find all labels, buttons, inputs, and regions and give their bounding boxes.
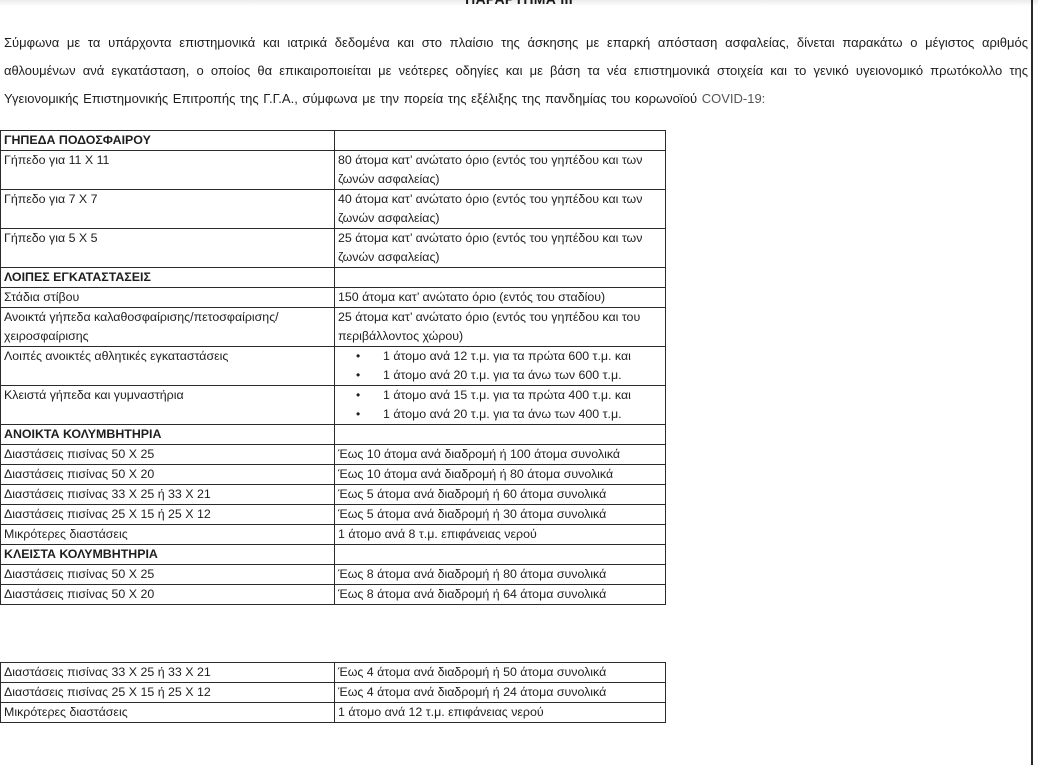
section-title: ΓΗΠΕΔΑ ΠΟΔΟΣΦΑΙΡΟΥ bbox=[1, 131, 335, 151]
facility-cell: Διαστάσεις πισίνας 50 Χ 20 bbox=[1, 465, 335, 485]
limit-cell: 25 άτομα κατ’ ανώτατο όριο (εντός του γη… bbox=[335, 308, 666, 347]
intro-paragraph: Σύμφωνα με τα υπάρχοντα επιστημονικά και… bbox=[4, 29, 1028, 113]
limit-cell: Έως 8 άτομα ανά διαδρομή ή 64 άτομα συνο… bbox=[335, 585, 666, 605]
section-empty-cell bbox=[335, 425, 666, 445]
limit-cell: Έως 4 άτομα ανά διαδρομή ή 50 άτομα συνο… bbox=[335, 663, 666, 683]
facility-cell: Μικρότερες διαστάσεις bbox=[1, 525, 335, 545]
facility-cell: Γήπεδο για 7 Χ 7 bbox=[1, 190, 335, 229]
section-empty-cell bbox=[335, 268, 666, 288]
limit-bullet-item: 1 άτομο ανά 15 τ.μ. για τα πρώτα 400 τ.μ… bbox=[338, 386, 662, 405]
limit-cell: 1 άτομο ανά 12 τ.μ. επιφάνειας νερού bbox=[335, 703, 666, 723]
section-header-row: ΑΝΟΙΚΤΑ ΚΟΛΥΜΒΗΤΗΡΙΑ bbox=[1, 425, 666, 445]
limit-cell: Έως 8 άτομα ανά διαδρομή ή 80 άτομα συνο… bbox=[335, 565, 666, 585]
limit-cell: Έως 5 άτομα ανά διαδρομή ή 60 άτομα συνο… bbox=[335, 485, 666, 505]
table-row: Μικρότερες διαστάσεις1 άτομο ανά 8 τ.μ. … bbox=[1, 525, 666, 545]
limit-cell: 25 άτομα κατ’ ανώτατο όριο (εντός του γη… bbox=[335, 229, 666, 268]
facility-cell: Διαστάσεις πισίνας 50 Χ 25 bbox=[1, 565, 335, 585]
limit-cell: 40 άτομα κατ’ ανώτατο όριο (εντός του γη… bbox=[335, 190, 666, 229]
limit-cell: 1 άτομο ανά 15 τ.μ. για τα πρώτα 400 τ.μ… bbox=[335, 386, 666, 425]
limit-cell: 1 άτομο ανά 8 τ.μ. επιφάνειας νερού bbox=[335, 525, 666, 545]
section-empty-cell bbox=[335, 131, 666, 151]
facility-cell: Γήπεδο για 11 Χ 11 bbox=[1, 151, 335, 190]
section-header-row: ΛΟΙΠΕΣ ΕΓΚΑΤΑΣΤΑΣΕΙΣ bbox=[1, 268, 666, 288]
limit-cell: 1 άτομο ανά 12 τ.μ. για τα πρώτα 600 τ.μ… bbox=[335, 347, 666, 386]
section-empty-cell bbox=[335, 545, 666, 565]
facility-cell: Διαστάσεις πισίνας 50 Χ 20 bbox=[1, 585, 335, 605]
facility-cell: Διαστάσεις πισίνας 33 Χ 25 ή 33 Χ 21 bbox=[1, 485, 335, 505]
facility-cell: Διαστάσεις πισίνας 33 Χ 25 ή 33 Χ 21 bbox=[1, 663, 335, 683]
facility-cell: Γήπεδο για 5 Χ 5 bbox=[1, 229, 335, 268]
facility-cell: Κλειστά γήπεδα και γυμναστήρια bbox=[1, 386, 335, 425]
table-row: Στάδια στίβου150 άτομα κατ’ ανώτατο όριο… bbox=[1, 288, 666, 308]
limit-cell: 80 άτομα κατ’ ανώτατο όριο (εντός του γη… bbox=[335, 151, 666, 190]
facility-cell: Λοιπές ανοικτές αθλητικές εγκαταστάσεις bbox=[1, 347, 335, 386]
table-row: Γήπεδο για 7 Χ 740 άτομα κατ’ ανώτατο όρ… bbox=[1, 190, 666, 229]
facility-cell: Μικρότερες διαστάσεις bbox=[1, 703, 335, 723]
table-row: Διαστάσεις πισίνας 50 Χ 25Έως 10 άτομα α… bbox=[1, 445, 666, 465]
table-row: Διαστάσεις πισίνας 50 Χ 25Έως 8 άτομα αν… bbox=[1, 565, 666, 585]
facility-cell: Διαστάσεις πισίνας 25 Χ 15 ή 25 Χ 12 bbox=[1, 683, 335, 703]
section-title: ΚΛΕΙΣΤΑ ΚΟΛΥΜΒΗΤΗΡΙΑ bbox=[1, 545, 335, 565]
limit-bullet-item: 1 άτομο ανά 12 τ.μ. για τα πρώτα 600 τ.μ… bbox=[338, 347, 662, 366]
table-row: Διαστάσεις πισίνας 33 Χ 25 ή 33 Χ 21Έως … bbox=[1, 663, 666, 683]
intro-suffix: COVID-19: bbox=[702, 91, 766, 106]
table-row: Ανοικτά γήπεδα καλαθοσφαίρισης/πετοσφαίρ… bbox=[1, 308, 666, 347]
table-row: Γήπεδο για 11 Χ 1180 άτομα κατ’ ανώτατο … bbox=[1, 151, 666, 190]
limit-cell: Έως 10 άτομα ανά διαδρομή ή 100 άτομα συ… bbox=[335, 445, 666, 465]
table-row: Διαστάσεις πισίνας 33 Χ 25 ή 33 Χ 21Έως … bbox=[1, 485, 666, 505]
facility-limits-table-continued: Διαστάσεις πισίνας 33 Χ 25 ή 33 Χ 21Έως … bbox=[0, 662, 666, 723]
page-edge-divider bbox=[1031, 0, 1033, 765]
limit-cell: Έως 4 άτομα ανά διαδρομή ή 24 άτομα συνο… bbox=[335, 683, 666, 703]
intro-text: Σύμφωνα με τα υπάρχοντα επιστημονικά και… bbox=[4, 35, 1028, 106]
table-row: Διαστάσεις πισίνας 25 Χ 15 ή 25 Χ 12Έως … bbox=[1, 683, 666, 703]
facility-cell: Διαστάσεις πισίνας 25 Χ 15 ή 25 Χ 12 bbox=[1, 505, 335, 525]
table-row: Διαστάσεις πισίνας 25 Χ 15 ή 25 Χ 12Έως … bbox=[1, 505, 666, 525]
facility-cell: Διαστάσεις πισίνας 50 Χ 25 bbox=[1, 445, 335, 465]
table-row: Διαστάσεις πισίνας 50 Χ 20Έως 10 άτομα α… bbox=[1, 465, 666, 485]
limit-bullet-list: 1 άτομο ανά 15 τ.μ. για τα πρώτα 400 τ.μ… bbox=[338, 386, 662, 424]
limit-bullet-list: 1 άτομο ανά 12 τ.μ. για τα πρώτα 600 τ.μ… bbox=[338, 347, 662, 385]
limit-cell: Έως 5 άτομα ανά διαδρομή ή 30 άτομα συνο… bbox=[335, 505, 666, 525]
limit-bullet-item: 1 άτομο ανά 20 τ.μ. για τα άνω των 600 τ… bbox=[338, 366, 662, 385]
section-header-row: ΓΗΠΕΔΑ ΠΟΔΟΣΦΑΙΡΟΥ bbox=[1, 131, 666, 151]
table-row: Γήπεδο για 5 Χ 525 άτομα κατ’ ανώτατο όρ… bbox=[1, 229, 666, 268]
section-title: ΑΝΟΙΚΤΑ ΚΟΛΥΜΒΗΤΗΡΙΑ bbox=[1, 425, 335, 445]
section-header-row: ΚΛΕΙΣΤΑ ΚΟΛΥΜΒΗΤΗΡΙΑ bbox=[1, 545, 666, 565]
table-row: Μικρότερες διαστάσεις1 άτομο ανά 12 τ.μ.… bbox=[1, 703, 666, 723]
document-title: ΠΑΡΑΡΤΗΜΑ ΙΙΙ bbox=[0, 0, 1038, 7]
table-row: Διαστάσεις πισίνας 50 Χ 20Έως 8 άτομα αν… bbox=[1, 585, 666, 605]
table-row: Κλειστά γήπεδα και γυμναστήρια1 άτομο αν… bbox=[1, 386, 666, 425]
facility-cell: Ανοικτά γήπεδα καλαθοσφαίρισης/πετοσφαίρ… bbox=[1, 308, 335, 347]
section-title: ΛΟΙΠΕΣ ΕΓΚΑΤΑΣΤΑΣΕΙΣ bbox=[1, 268, 335, 288]
limit-cell: 150 άτομα κατ’ ανώτατο όριο (εντός του σ… bbox=[335, 288, 666, 308]
facility-limits-table: ΓΗΠΕΔΑ ΠΟΔΟΣΦΑΙΡΟΥΓήπεδο για 11 Χ 1180 ά… bbox=[0, 130, 666, 605]
facility-cell: Στάδια στίβου bbox=[1, 288, 335, 308]
limit-cell: Έως 10 άτομα ανά διαδρομή ή 80 άτομα συν… bbox=[335, 465, 666, 485]
table-row: Λοιπές ανοικτές αθλητικές εγκαταστάσεις1… bbox=[1, 347, 666, 386]
limit-bullet-item: 1 άτομο ανά 20 τ.μ. για τα άνω των 400 τ… bbox=[338, 405, 662, 424]
